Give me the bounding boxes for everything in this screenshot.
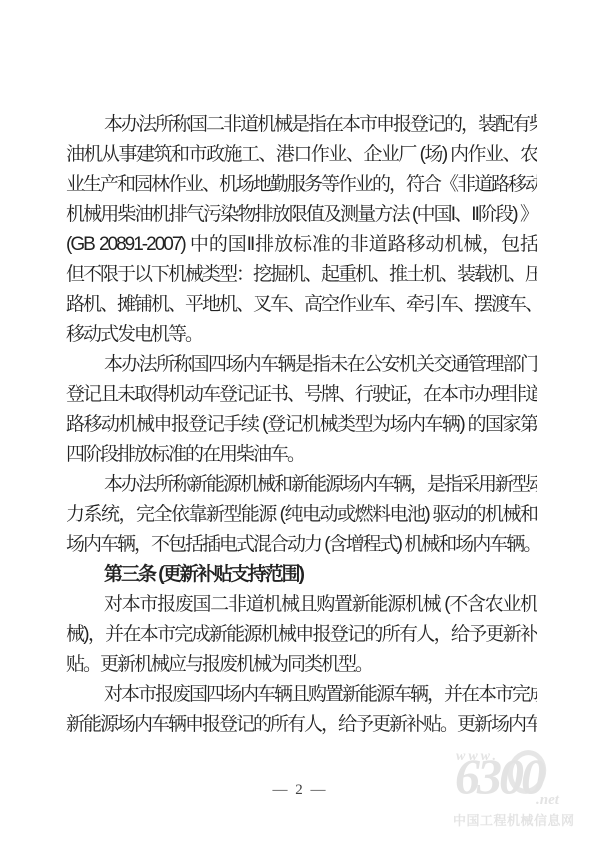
text-line: 油机从事建筑和市政施工、港口作业、企业厂 (场) 内作业、农 — [66, 140, 537, 170]
text-line: 新能源场内车辆申报登记的所有人，给予更新补贴。更新场内车 — [66, 710, 537, 740]
text-line: 本办法所称国四场内车辆是指未在公安机关交通管理部门 — [66, 350, 537, 380]
text-line: 场内车辆，不包括插电式混合动力 (含增程式) 机械和场内车辆。 — [66, 530, 537, 560]
text-line: 移动式发电机等。 — [66, 320, 537, 350]
text-line: 路移动机械申报登记手续 (登记机械类型为场内车辆) 的国家第 — [66, 410, 537, 440]
text-line: 机械用柴油机排气污染物排放限值及测量方法 (中国I、II阶段) 》 — [66, 200, 537, 230]
text-line: 但不限于以下机械类型：挖掘机、起重机、推土机、装载机、压 — [66, 260, 537, 290]
text-line: 贴。更新机械应与报废机械为同类机型。 — [66, 650, 537, 680]
text-line: 路机、摊铺机、平地机、叉车、高空作业车、牵引车、摆渡车、 — [66, 290, 537, 320]
document-page: 本办法所称国二非道机械是指在本市申报登记的，装配有柴油机从事建筑和市政施工、港口… — [0, 0, 600, 848]
page-number: — 2 — — [0, 780, 600, 800]
section-heading: 第三条 (更新补贴支持范围) — [66, 560, 537, 590]
text-line: 本办法所称新能源机械和新能源场内车辆，是指采用新型动 — [66, 470, 537, 500]
text-line: 力系统，完全依靠新型能源 (纯电动或燃料电池) 驱动的机械和 — [66, 500, 537, 530]
watermark-www-text: www. — [456, 749, 499, 765]
document-body: 本办法所称国二非道机械是指在本市申报登记的，装配有柴油机从事建筑和市政施工、港口… — [66, 110, 537, 740]
text-line: 对本市报废国四场内车辆且购置新能源车辆，并在本市完成 — [66, 680, 537, 710]
text-line: 四阶段排放标准的在用柴油车。 — [66, 440, 537, 470]
text-line: 对本市报废国二非道机械且购置新能源机械 (不含农业机 — [66, 590, 537, 620]
text-line: (GB 20891-2007) 中的国II排放标准的非道路移动机械，包括 — [66, 230, 537, 260]
watermark-caption: 中国工程机械信息网 — [453, 810, 575, 829]
text-line: 械)，并在本市完成新能源机械申报登记的所有人，给予更新补 — [66, 620, 537, 650]
text-line: 业生产和园林作业、机场地勤服务等作业的，符合《非道路移动 — [66, 170, 537, 200]
text-line: 本办法所称国二非道机械是指在本市申报登记的，装配有柴 — [66, 110, 537, 140]
text-line: 登记且未取得机动车登记证书、号牌、行驶证，在本市办理非道 — [66, 380, 537, 410]
